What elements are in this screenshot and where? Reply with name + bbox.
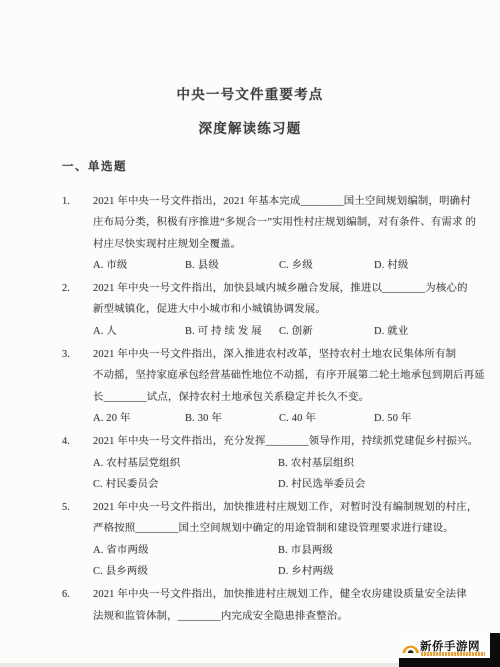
question-3: 3. 2021 年中央一号文件指出，深入推进农村改革，坚持农村土地农民集体所有制… — [62, 344, 500, 429]
options-row: C. 村民委员会 D. 村民选举委员会 — [93, 474, 488, 495]
house-icon — [402, 639, 420, 654]
question-body: 2021 年中央一号文件指出，加快县域内城乡融合发展，推进以________为核… — [93, 278, 488, 342]
option-d: D. 50 年 — [374, 408, 411, 429]
question-number: 3. — [62, 344, 93, 429]
question-text-line: 庄布局分类，积极有序推进“多规合一”实用性村庄规划编制，对有条件、有需求 的 — [93, 212, 488, 233]
options-row: C. 县乡两级 D. 乡村两级 — [93, 561, 488, 582]
watermark-card: 新侨手游网 — [399, 633, 490, 658]
question-body: 2021 年中央一号文件指出，加快推进村庄规划工作，健全农房建设质量安全法律 法… — [93, 584, 488, 627]
option-a: A. 农村基层党组织 — [93, 453, 278, 474]
question-number: 1. — [62, 191, 93, 276]
option-a: A. 20 年 — [93, 408, 185, 429]
option-b: B. 30 年 — [185, 408, 279, 429]
question-number: 4. — [62, 431, 93, 495]
option-a: A. 省市两级 — [93, 540, 278, 561]
question-list: 1. 2021 年中央一号文件指出，2021 年基本完成________国土空间… — [62, 191, 500, 627]
question-body: 2021 年中央一号文件指出，深入推进农村改革，坚持农村土地农民集体所有制 不动… — [93, 344, 488, 429]
site-watermark: 新侨手游网 — [399, 633, 500, 667]
option-d: D. 乡村两级 — [278, 561, 334, 582]
question-text-line: 不动摇，坚持家庭承包经营基础性地位不动摇，有序开展第二轮土地承包到期后再延 — [93, 365, 488, 386]
watermark-tagline-bar — [421, 652, 485, 656]
doc-title: 中央一号文件重要考点 — [0, 88, 500, 102]
options-row: A. 20 年 B. 30 年 C. 40 年 D. 50 年 — [93, 408, 488, 429]
question-number: 2. — [62, 278, 93, 342]
question-body: 2021 年中央一号文件指出，充分发挥________领导作用，持续抓党建促乡村… — [93, 431, 488, 495]
option-a: A. 市级 — [93, 255, 185, 276]
options-row: A. 农村基层党组织 B. 农村基层组织 — [93, 453, 488, 474]
document-page: 中央一号文件重要考点 深度解读练习题 一、单选题 1. 2021 年中央一号文件… — [0, 0, 500, 667]
option-c: C. 村民委员会 — [93, 474, 278, 495]
option-d: D. 村民选举委员会 — [278, 474, 365, 495]
option-c: C. 乡级 — [279, 255, 374, 276]
question-text-line: 2021 年中央一号文件指出，深入推进农村改革，坚持农村土地农民集体所有制 — [93, 344, 488, 365]
question-6: 6. 2021 年中央一号文件指出，加快推进村庄规划工作，健全农房建设质量安全法… — [62, 584, 500, 627]
question-5: 5. 2021 年中央一号文件指出，加快推进村庄规划工作，对暂时没有编制规划的村… — [62, 497, 500, 582]
option-b: B. 市县两级 — [278, 540, 333, 561]
question-text-line: 2021 年中央一号文件指出，充分发挥________领导作用，持续抓党建促乡村… — [93, 431, 488, 452]
question-text-line: 长________试点，保持农村土地承包关系稳定并长久不变。 — [93, 387, 488, 408]
question-text-line: 2021 年中央一号文件指出，加快推进村庄规划工作，对暂时没有编制规划的村庄， — [93, 497, 488, 518]
option-c: C. 创新 — [279, 321, 374, 342]
question-4: 4. 2021 年中央一号文件指出，充分发挥________领导作用，持续抓党建… — [62, 431, 500, 495]
option-d: D. 村级 — [374, 255, 408, 276]
section-heading: 一、单选题 — [62, 161, 500, 173]
question-text-line: 2021 年中央一号文件指出，加快县域内城乡融合发展，推进以________为核… — [93, 278, 488, 299]
question-number: 6. — [62, 584, 93, 627]
option-c: C. 40 年 — [279, 408, 374, 429]
options-row: A. 市级 B. 县级 C. 乡级 D. 村级 — [93, 255, 488, 276]
question-body: 2021 年中央一号文件指出，2021 年基本完成________国土空间规划编… — [93, 191, 488, 276]
question-body: 2021 年中央一号文件指出，加快推进村庄规划工作，对暂时没有编制规划的村庄， … — [93, 497, 488, 582]
option-b: B. 农村基层组织 — [278, 453, 354, 474]
options-row: A. 人 B. 可 持 续 发 展 C. 创新 D. 就业 — [93, 321, 488, 342]
question-1: 1. 2021 年中央一号文件指出，2021 年基本完成________国土空间… — [62, 191, 500, 276]
question-text-line: 2021 年中央一号文件指出，加快推进村庄规划工作，健全农房建设质量安全法律 — [93, 584, 488, 605]
option-b: B. 可 持 续 发 展 — [185, 321, 279, 342]
question-2: 2. 2021 年中央一号文件指出，加快县域内城乡融合发展，推进以_______… — [62, 278, 500, 342]
option-b: B. 县级 — [185, 255, 279, 276]
question-number: 5. — [62, 497, 93, 582]
options-row: A. 省市两级 B. 市县两级 — [93, 540, 488, 561]
option-d: D. 就业 — [374, 321, 408, 342]
doc-subtitle: 深度解读练习题 — [0, 122, 500, 136]
question-text-line: 村庄尽快实现村庄规划全覆盖。 — [93, 234, 488, 255]
option-c: C. 县乡两级 — [93, 561, 278, 582]
question-text-line: 严格按照________国土空间规划中确定的用途管制和建设管理要求进行建设。 — [93, 518, 488, 539]
question-text-line: 法规和监管体制，________内完成安全隐患排查整治。 — [93, 606, 488, 627]
question-text-line: 新型城镇化，促进大中小城市和小城镇协调发展。 — [93, 299, 488, 320]
question-text-line: 2021 年中央一号文件指出，2021 年基本完成________国土空间规划编… — [93, 191, 488, 212]
option-a: A. 人 — [93, 321, 185, 342]
